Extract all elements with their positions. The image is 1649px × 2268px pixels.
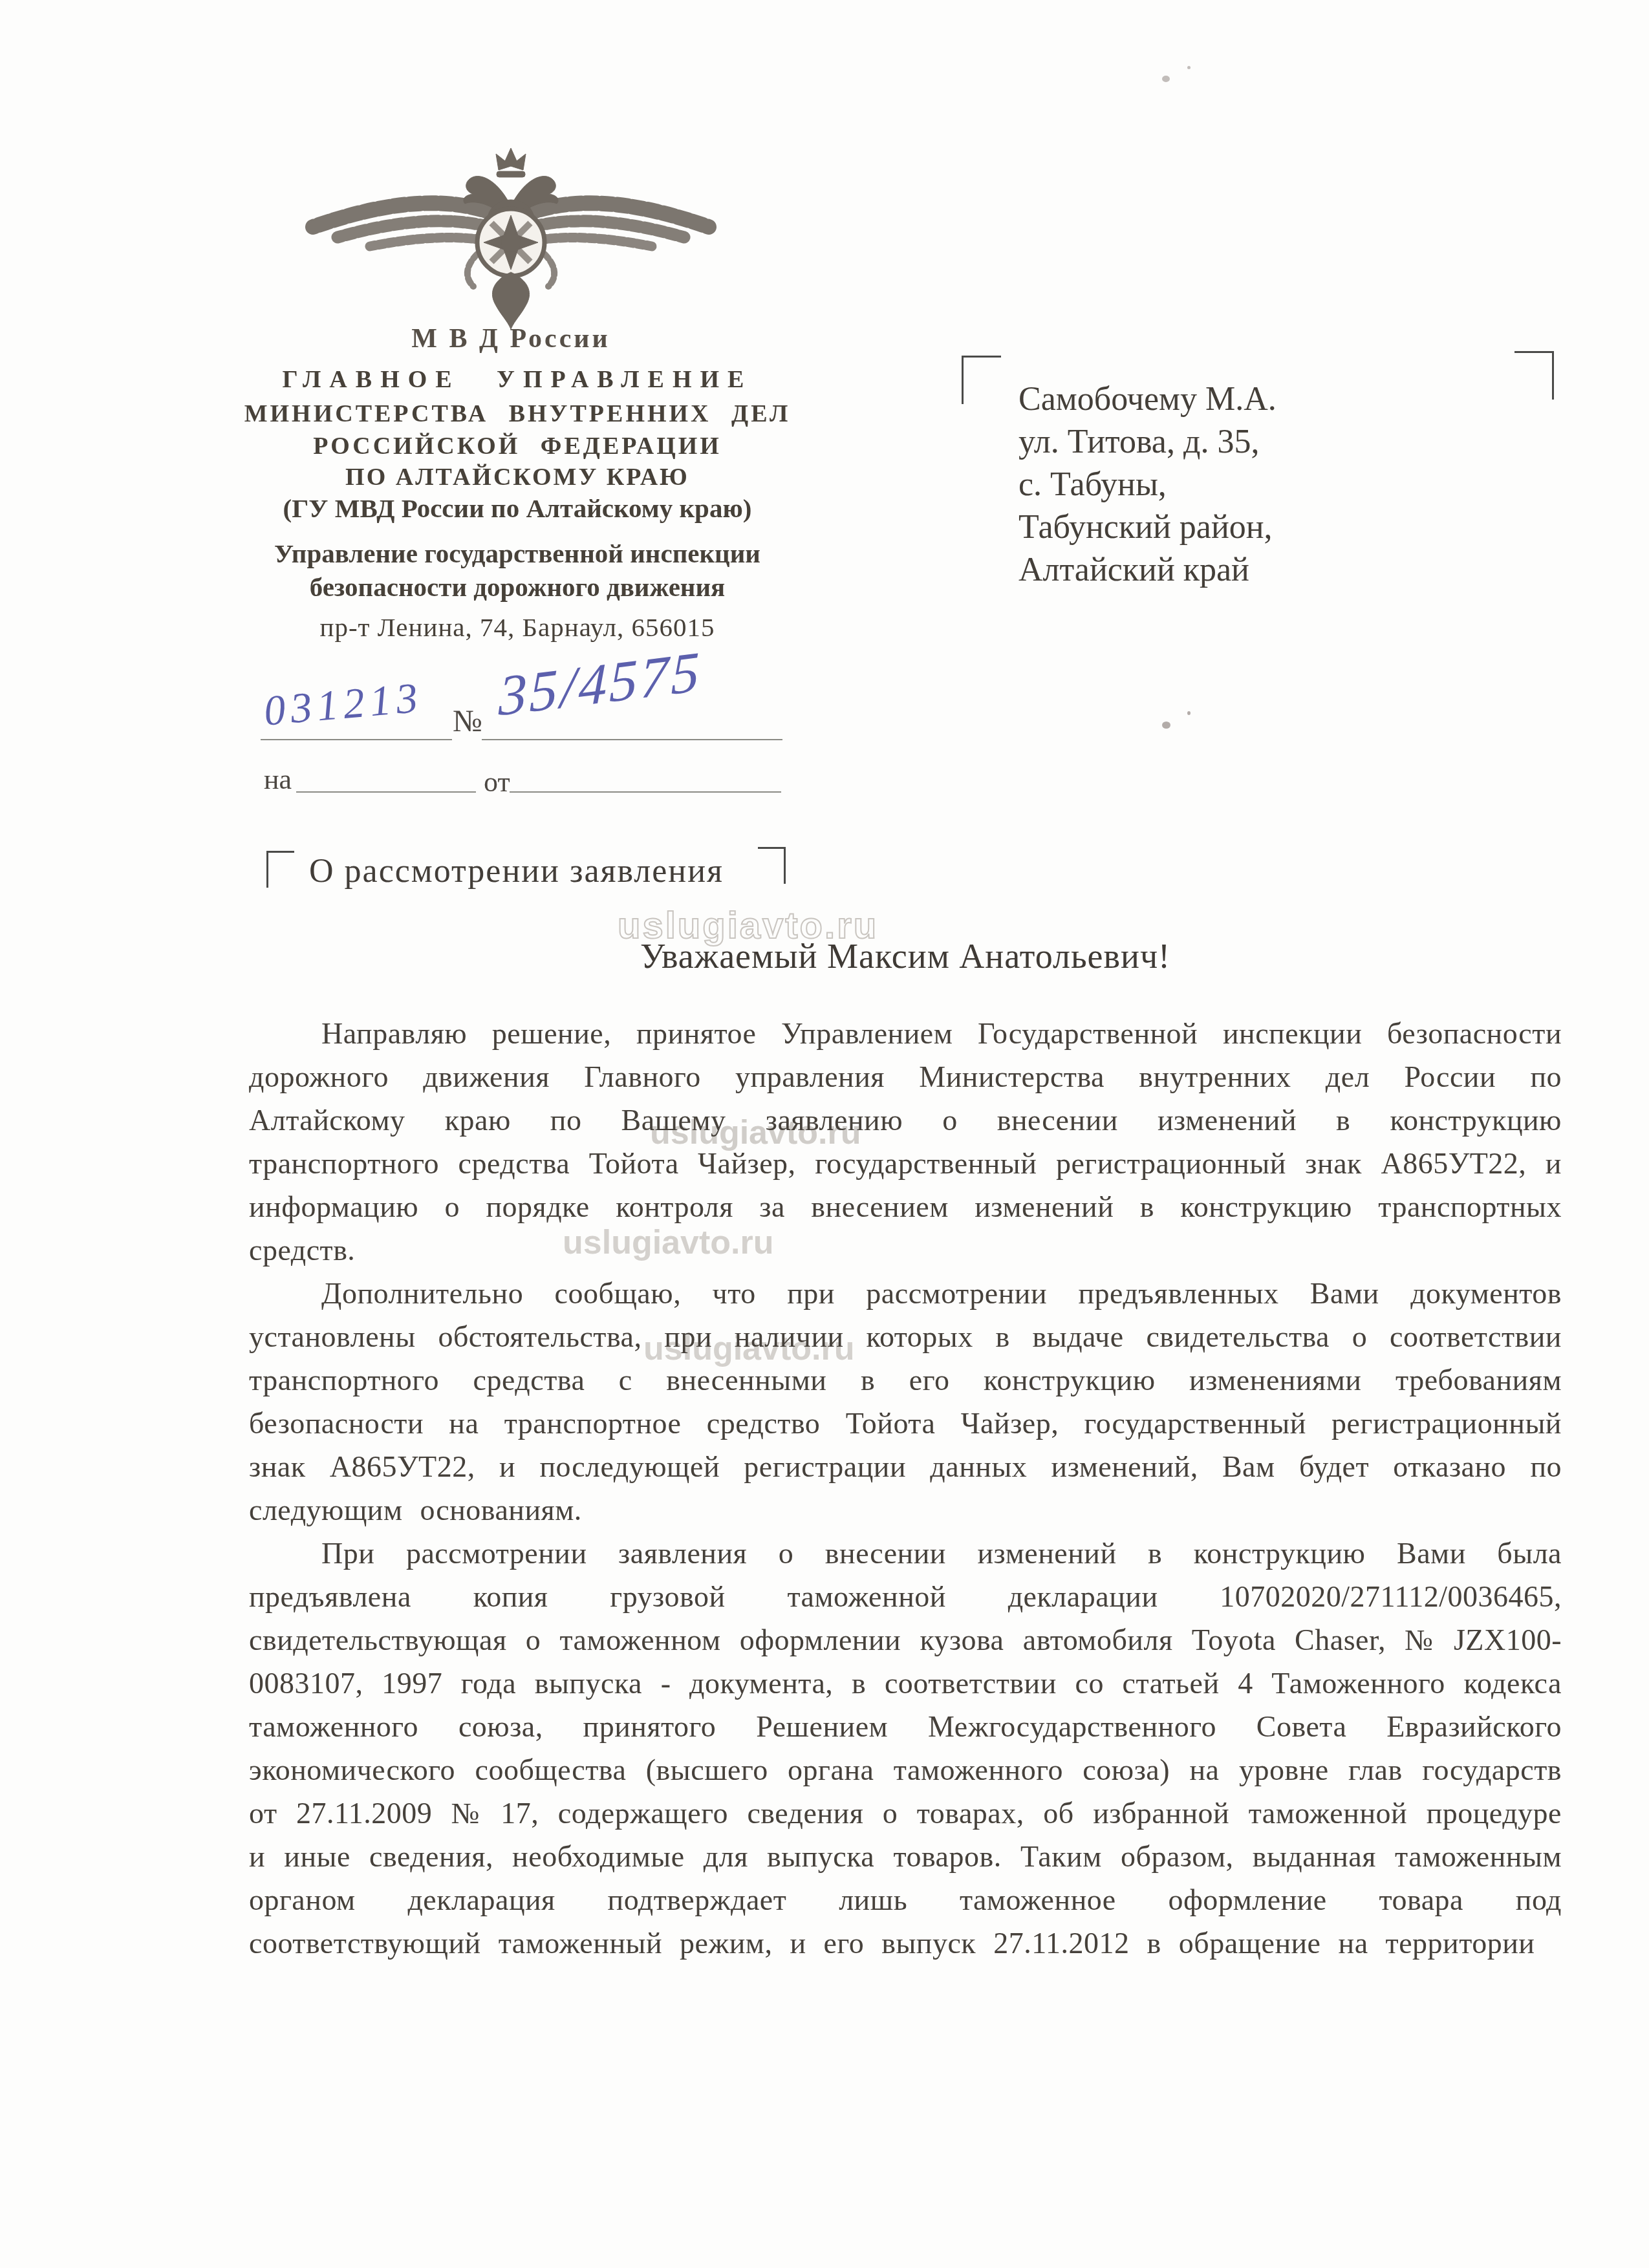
scan-speck bbox=[1187, 711, 1191, 715]
recipient-district: Табунский район, bbox=[1018, 506, 1471, 549]
letterhead-address: пр-т Ленина, 74, Барнаул, 656015 bbox=[213, 612, 821, 643]
ref-underline-date bbox=[261, 739, 452, 740]
body-paragraph-1: Направляю решение, принятое Управлением … bbox=[249, 1012, 1562, 1272]
subject-line: О рассмотрении заявления bbox=[309, 852, 724, 890]
subject-corner-mark-left bbox=[266, 851, 294, 888]
ref-na-label: на bbox=[264, 763, 292, 796]
recipient-region: Алтайский край bbox=[1018, 549, 1471, 592]
recipient-corner-mark-left bbox=[962, 356, 1001, 404]
handwritten-outgoing-number: 35/4575 bbox=[498, 639, 702, 730]
letterhead-department-line-2: безопасности дорожного движения bbox=[213, 572, 821, 603]
body-paragraph-2: Дополнительно сообщаю, что при рассмотре… bbox=[249, 1272, 1562, 1532]
scan-speck bbox=[1162, 76, 1170, 82]
recipient-address-block: Самобочему М.А. ул. Титова, д. 35, с. Та… bbox=[1018, 378, 1471, 592]
salutation: Уважаемый Максим Анатольевич! bbox=[249, 936, 1562, 976]
scan-speck bbox=[1162, 722, 1170, 729]
letterhead-line-1: ГЛАВНОЕ УПРАВЛЕНИЕ bbox=[213, 365, 821, 394]
letterhead-line-4: ПО АЛТАЙСКОМУ КРАЮ bbox=[213, 463, 821, 491]
subject-corner-mark-right bbox=[758, 847, 786, 884]
ref-ot-label: от bbox=[484, 765, 510, 798]
recipient-name: Самобочему М.А. bbox=[1018, 378, 1471, 421]
scanned-letter-page: М В Д России ГЛАВНОЕ УПРАВЛЕНИЕ МИНИСТЕР… bbox=[0, 0, 1649, 2268]
handwritten-date: 031213 bbox=[262, 673, 425, 736]
letterhead-line-5: (ГУ МВД России по Алтайскому краю) bbox=[213, 493, 821, 524]
recipient-corner-mark-right bbox=[1514, 351, 1554, 400]
emblem-caption: М В Д России bbox=[304, 323, 718, 354]
ref-underline-ot bbox=[510, 791, 781, 793]
letterhead-line-2: МИНИСТЕРСТВА ВНУТРЕННИХ ДЕЛ bbox=[213, 400, 821, 428]
recipient-village: с. Табуны, bbox=[1018, 464, 1471, 506]
number-sign-label: № bbox=[453, 703, 482, 739]
ref-underline-number bbox=[482, 739, 782, 740]
mvd-eagle-emblem-icon bbox=[304, 139, 718, 333]
body-paragraph-3: При рассмотрении заявления о внесении из… bbox=[249, 1532, 1562, 1965]
recipient-street: ул. Титова, д. 35, bbox=[1018, 421, 1471, 464]
ref-underline-na bbox=[296, 791, 476, 793]
letterhead-line-3: РОССИЙСКОЙ ФЕДЕРАЦИИ bbox=[213, 432, 821, 460]
letterhead-department-line-1: Управление государственной инспекции bbox=[213, 538, 821, 569]
scan-speck bbox=[1187, 66, 1191, 69]
letter-body: Направляю решение, принятое Управлением … bbox=[249, 1012, 1562, 1965]
